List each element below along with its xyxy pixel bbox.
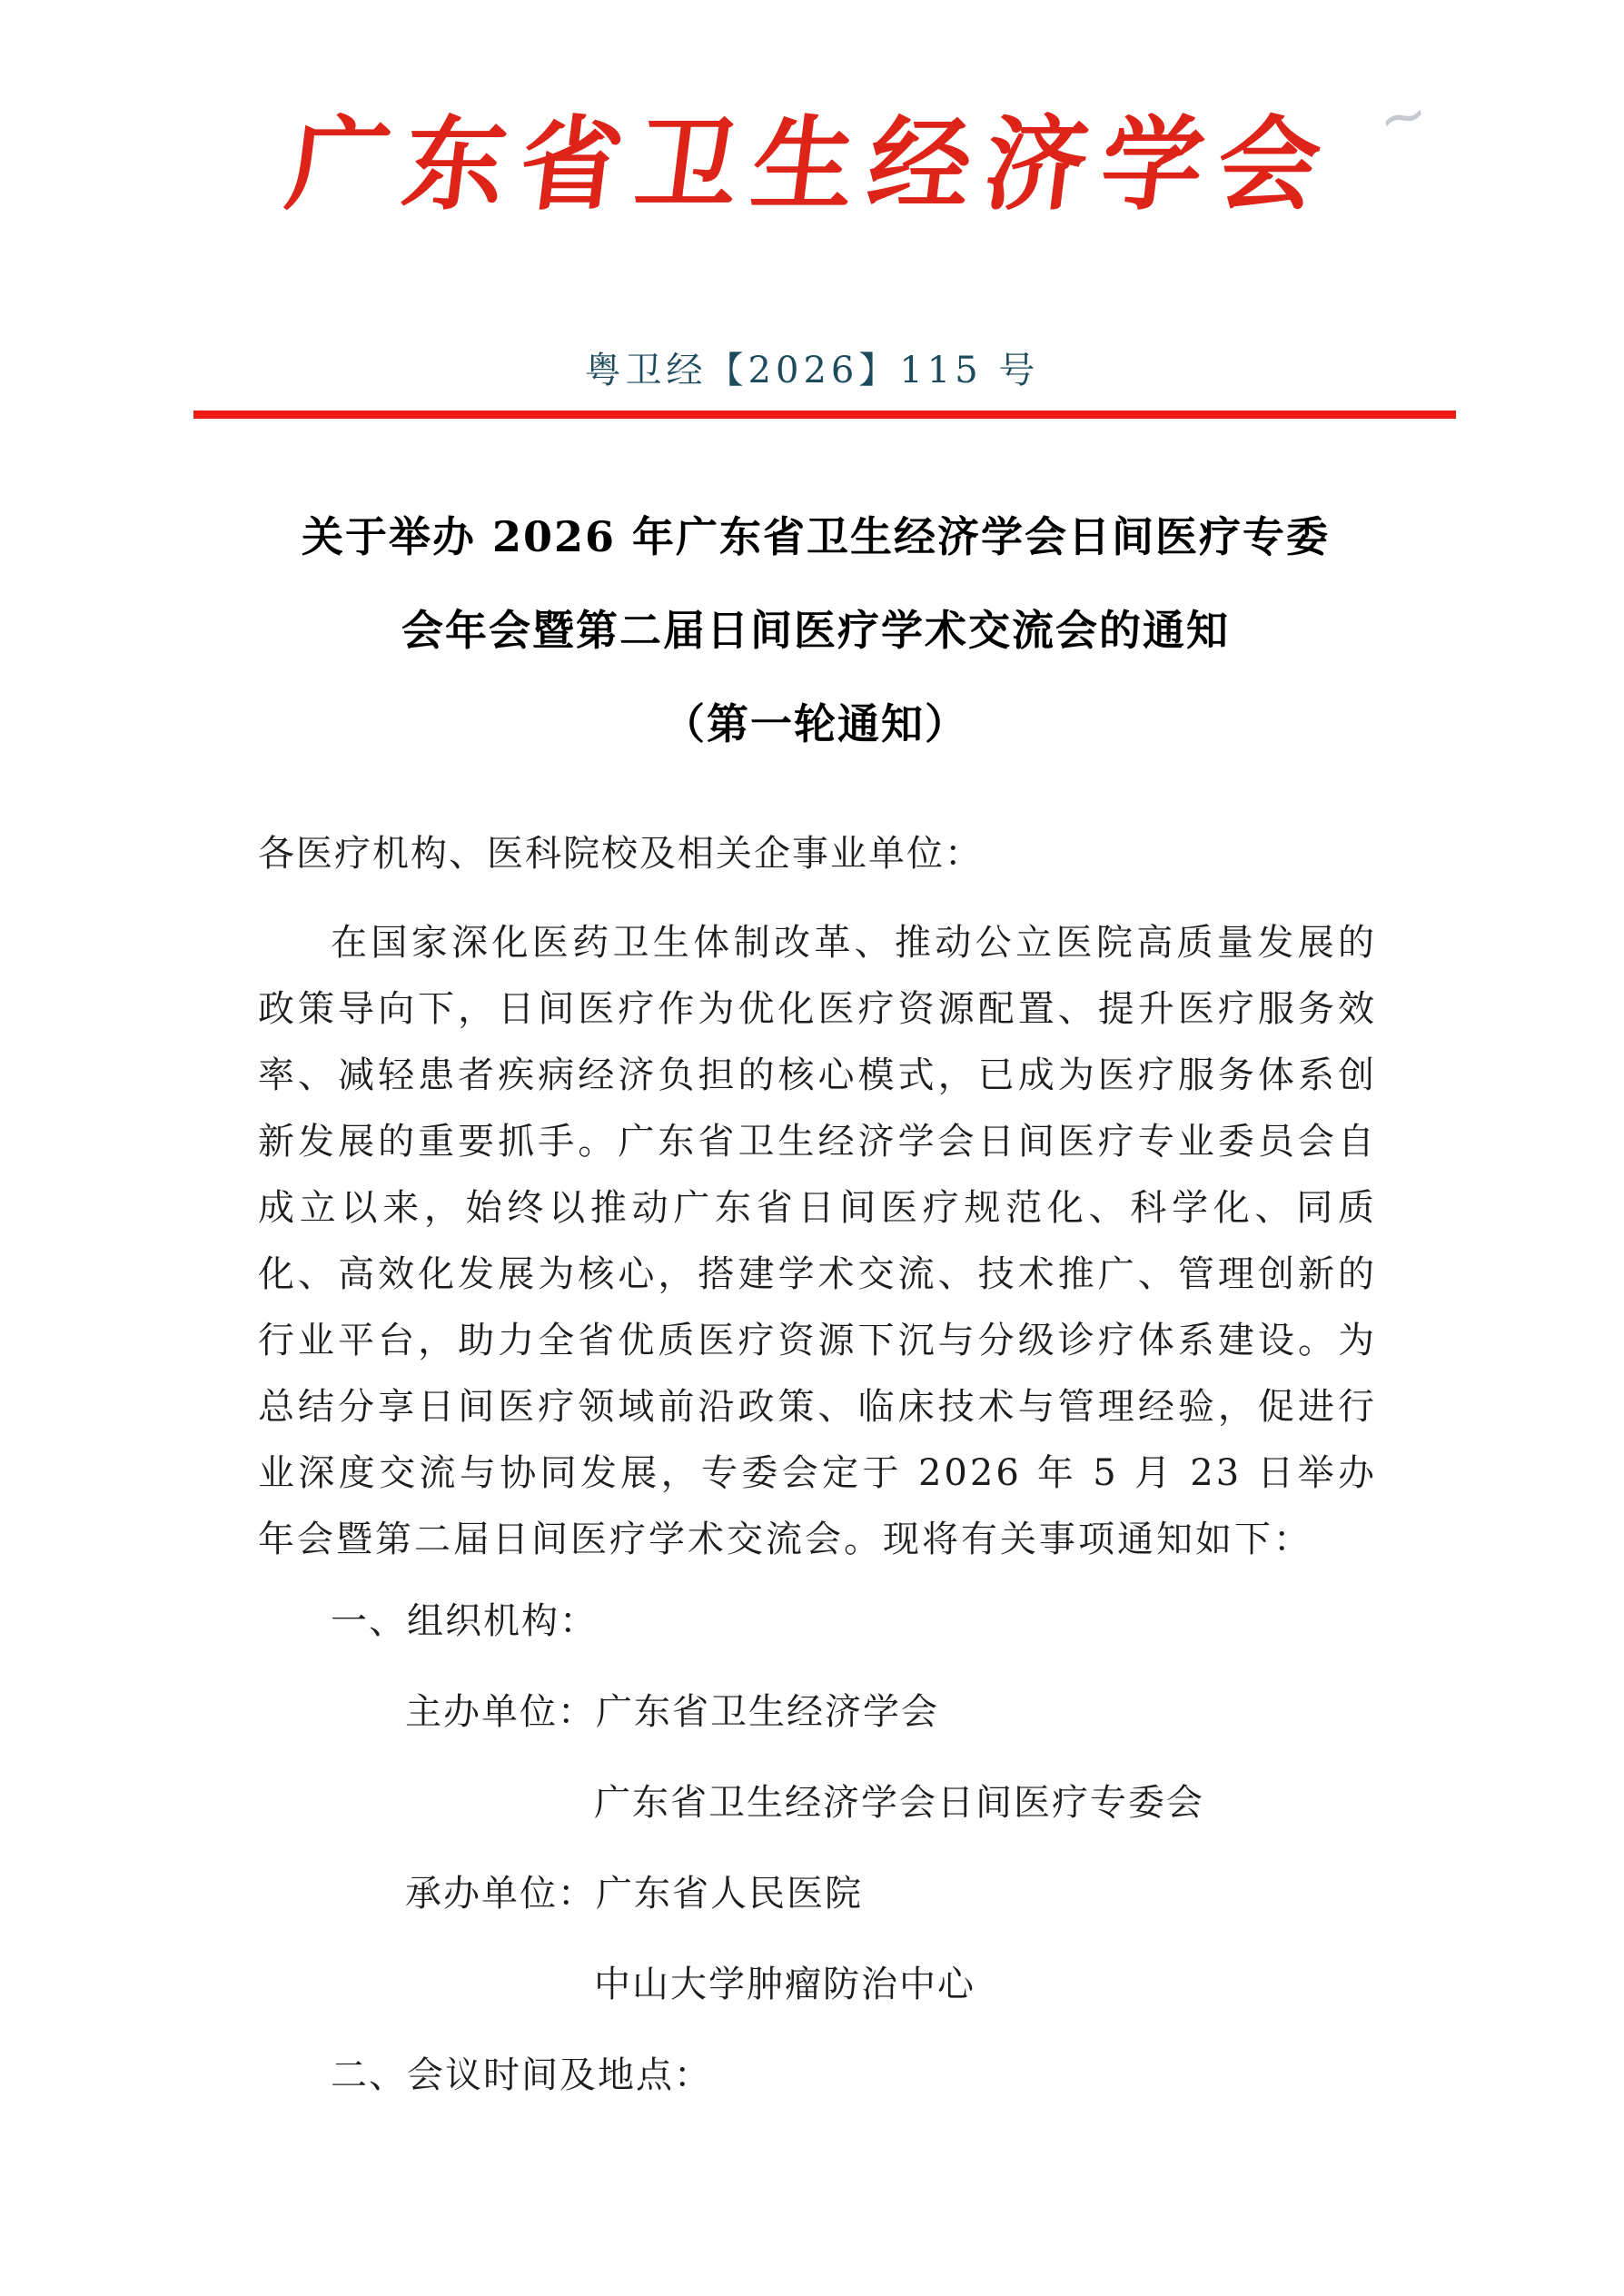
section1-heading: 一、组织机构： [258, 1576, 1377, 1667]
host-unit-label: 主办单位： [405, 1691, 596, 1733]
undertaker-unit-value-2: 中山大学肿瘤防治中心 [258, 1939, 1377, 2030]
section2-heading: 二、会议时间及地点： [258, 2030, 1377, 2121]
host-unit-line: 主办单位：广东省卫生经济学会 [258, 1667, 1377, 1757]
notice-title-line2: 会年会暨第二届日间医疗学术交流会的通知 [253, 584, 1379, 678]
undertaker-unit-line: 承办单位：广东省人民医院 [258, 1848, 1377, 1939]
notice-subtitle-round: （第一轮通知） [253, 678, 1379, 771]
document-reference-number: 粤卫经【2026】115 号 [0, 341, 1624, 393]
undertaker-unit-value-1: 广东省人民医院 [596, 1873, 863, 1915]
undertaker-unit-label: 承办单位： [405, 1873, 596, 1915]
official-notice-document: 广东省卫生经济学会 ~ 粤卫经【2026】115 号 关于举办 2026 年广东… [0, 0, 1624, 2296]
salutation-line: 各医疗机构、医科院校及相关企事业单位： [258, 825, 1377, 876]
notice-title-line1: 关于举办 2026 年广东省卫生经济学会日间医疗专委 [253, 490, 1379, 584]
host-unit-value-1: 广东省卫生经济学会 [596, 1691, 939, 1733]
notice-title-block: 关于举办 2026 年广东省卫生经济学会日间医疗专委 会年会暨第二届日间医疗学术… [253, 490, 1379, 771]
notice-main-paragraph: 在国家深化医药卫生体制改革、推动公立医院高质量发展的政策导向下，日间医疗作为优化… [258, 910, 1377, 1573]
organization-section: 一、组织机构： 主办单位：广东省卫生经济学会 广东省卫生经济学会日间医疗专委会 … [258, 1576, 1377, 2121]
red-header-divider-line [193, 411, 1456, 419]
host-unit-value-2: 广东省卫生经济学会日间医疗专委会 [258, 1757, 1377, 1848]
